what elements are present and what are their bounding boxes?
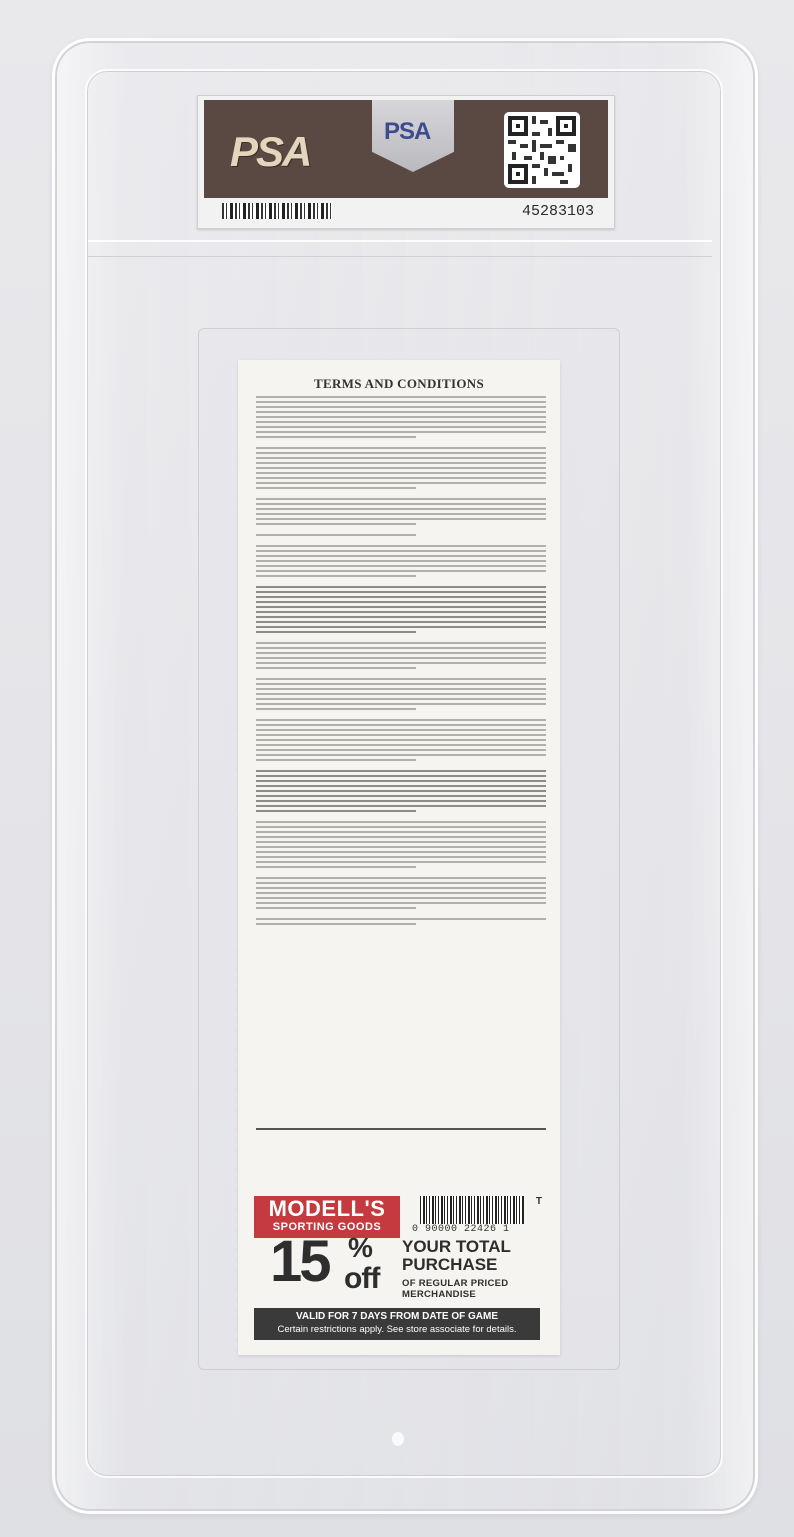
fine-print-line <box>256 826 546 828</box>
psa-logo: PSA <box>230 128 310 176</box>
fine-print-line <box>256 472 546 474</box>
fine-print-line <box>256 918 546 920</box>
terms-title: TERMS AND CONDITIONS <box>238 376 560 392</box>
fine-print-line <box>256 575 416 577</box>
fine-print-line <box>256 703 546 705</box>
fine-print-line <box>256 647 546 649</box>
fine-print-line <box>256 739 546 741</box>
fine-print-line <box>256 406 546 408</box>
fine-print-line <box>256 877 546 879</box>
slab-bottom-mark <box>392 1432 404 1446</box>
headline-line-1: YOUR TOTAL <box>402 1238 511 1256</box>
fine-print-line <box>256 724 546 726</box>
fine-print-line <box>256 482 546 484</box>
fine-print-line <box>256 775 546 777</box>
fine-print-line <box>256 734 546 736</box>
fine-print-line <box>256 667 416 669</box>
fine-print-line <box>256 611 546 613</box>
fine-print-line <box>256 477 546 479</box>
hologram-logo: PSA <box>384 118 430 146</box>
fine-print-line <box>256 892 546 894</box>
fine-print-line <box>256 831 546 833</box>
fine-print-line <box>256 856 546 858</box>
fine-print-line <box>256 683 546 685</box>
ticket-back: TERMS AND CONDITIONS MODELL'S SPORTING G… <box>238 360 560 1355</box>
fine-print-line <box>256 462 546 464</box>
fine-print-line <box>256 550 546 552</box>
fine-print-line <box>256 810 416 812</box>
fine-print-line <box>256 586 546 588</box>
fine-print-line <box>256 846 546 848</box>
fine-print-line <box>256 431 546 433</box>
fine-print-line <box>256 518 546 520</box>
cert-number: 45283103 <box>522 203 594 220</box>
fine-print-line <box>256 744 546 746</box>
fine-print-line <box>256 923 416 925</box>
label-footer: 45283103 <box>204 200 608 224</box>
fine-print-line <box>256 754 546 756</box>
qr-code-icon[interactable] <box>504 112 580 188</box>
fine-print-line <box>256 401 546 403</box>
fine-print-line <box>256 795 546 797</box>
fine-print-line <box>256 907 416 909</box>
headline-line-2: PURCHASE <box>402 1256 511 1274</box>
fine-print-line <box>256 657 546 659</box>
fine-print-line <box>256 836 546 838</box>
fine-print-line <box>256 887 546 889</box>
fine-print-line <box>256 545 546 547</box>
fine-print-line <box>256 421 546 423</box>
validity-banner: VALID FOR 7 DAYS FROM DATE OF GAME Certa… <box>254 1308 540 1340</box>
fine-print-line <box>256 606 546 608</box>
fine-print-line <box>256 416 546 418</box>
fine-print-line <box>256 790 546 792</box>
discount-percent: % <box>348 1232 373 1264</box>
fine-print-line <box>256 621 546 623</box>
paragraph-gap <box>256 928 546 934</box>
modells-coupon: MODELL'S SPORTING GOODS 0 90000 22426 1 … <box>252 1192 552 1350</box>
fine-print-line <box>256 447 546 449</box>
label-header: PSA PSA <box>204 100 608 198</box>
psa-certification-label: PSA PSA 45283103 <box>197 95 615 229</box>
fine-print-line <box>256 616 546 618</box>
upc-flag: T <box>536 1196 542 1207</box>
fine-print-line <box>256 457 546 459</box>
fine-print-line <box>256 498 546 500</box>
validity-text: VALID FOR 7 DAYS FROM DATE OF GAME <box>254 1311 540 1322</box>
fine-print-line <box>256 452 546 454</box>
fine-print-line <box>256 866 416 868</box>
fine-print-line <box>256 436 416 438</box>
subheadline-line-1: OF REGULAR PRICED <box>402 1278 508 1289</box>
fine-print-line <box>256 749 546 751</box>
coupon-headline: YOUR TOTAL PURCHASE <box>402 1238 511 1274</box>
fine-print-line <box>256 503 546 505</box>
fine-print-line <box>256 570 546 572</box>
fine-print-line <box>256 596 546 598</box>
fine-print-line <box>256 897 546 899</box>
fine-print-line <box>256 426 546 428</box>
subheadline-line-2: MERCHANDISE <box>402 1289 508 1300</box>
fine-print-line <box>256 662 546 664</box>
fine-print-line <box>256 513 546 515</box>
discount-off: off <box>344 1262 379 1296</box>
fine-print-line <box>256 396 546 398</box>
restrictions-text: Certain restrictions apply. See store as… <box>254 1324 540 1335</box>
fine-print-line <box>256 770 546 772</box>
fine-print-line <box>256 841 546 843</box>
modells-name: MODELL'S <box>254 1198 400 1220</box>
fine-print-line <box>256 805 546 807</box>
fine-print-line <box>256 601 546 603</box>
fine-print-line <box>256 565 546 567</box>
fine-print-line <box>256 821 546 823</box>
slab-ridge-divider <box>88 240 712 257</box>
fine-print-line <box>256 882 546 884</box>
fine-print-line <box>256 534 416 536</box>
fine-print-line <box>256 693 546 695</box>
fine-print-line <box>256 487 416 489</box>
fine-print-line <box>256 729 546 731</box>
fine-print-line <box>256 631 416 633</box>
terms-fine-print <box>256 396 546 934</box>
fine-print-line <box>256 688 546 690</box>
fine-print-line <box>256 902 546 904</box>
hologram-logo-text: PSA <box>384 118 430 145</box>
coupon-subheadline: OF REGULAR PRICED MERCHANDISE <box>402 1278 508 1300</box>
upc-digits: 0 90000 22426 1 <box>412 1224 542 1235</box>
coupon-upc: 0 90000 22426 1 T <box>412 1196 542 1236</box>
fine-print-line <box>256 708 416 710</box>
fine-print-line <box>256 560 546 562</box>
fine-print-line <box>256 800 546 802</box>
fine-print-line <box>256 626 546 628</box>
discount-number: 15 <box>270 1232 329 1292</box>
upc-barcode-icon <box>420 1196 524 1224</box>
closing-note-block <box>256 1128 546 1133</box>
fine-print-line <box>256 523 416 525</box>
fine-print-line <box>256 508 546 510</box>
fine-print-line <box>256 861 546 863</box>
fine-print-line <box>256 652 546 654</box>
hologram-shield-icon: PSA <box>372 100 454 172</box>
fine-print-line <box>256 780 546 782</box>
fine-print-line <box>256 591 546 593</box>
fine-print-line <box>256 851 546 853</box>
fine-print-line <box>256 467 546 469</box>
fine-print-line <box>256 759 416 761</box>
label-barcode-icon <box>222 203 332 219</box>
fine-print-line <box>256 698 546 700</box>
fine-print-line <box>256 785 546 787</box>
fine-print-line <box>256 678 546 680</box>
qr-code-graphic <box>508 116 576 184</box>
fine-print-line <box>256 642 546 644</box>
fine-print-line <box>256 411 546 413</box>
fine-print-line <box>256 555 546 557</box>
fine-print-line <box>256 719 546 721</box>
